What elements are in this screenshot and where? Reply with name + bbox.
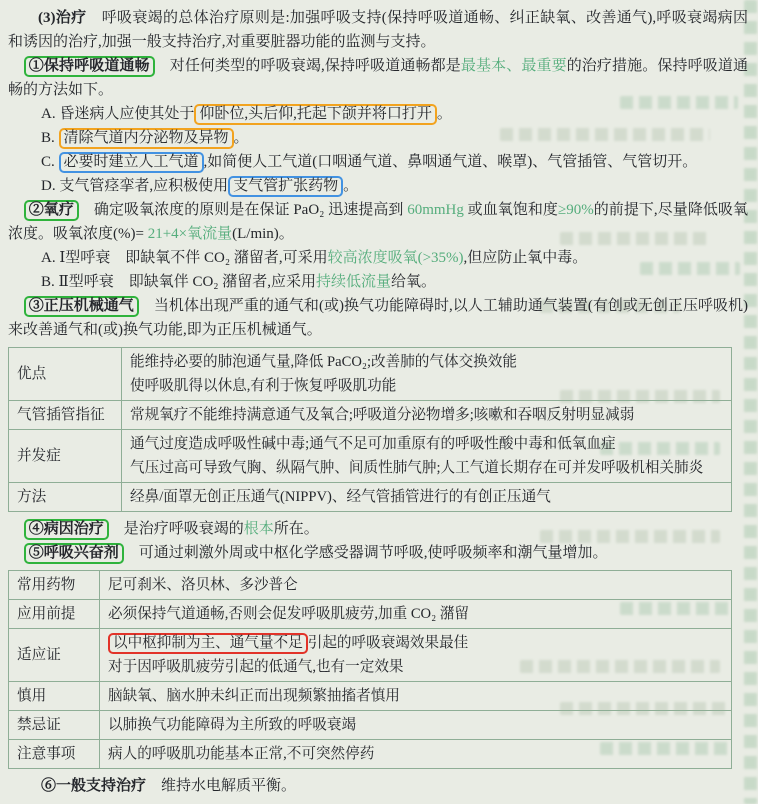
text-segment: 通气过度造成呼吸性碱中毒;通气不足可加重原有的呼吸性酸中毒和低氧血症: [130, 436, 616, 452]
cell-line: 常规氧疗不能维持满意通气及氧合;呼吸道分泌物增多;咳嗽和吞咽反射明显减弱: [130, 403, 723, 427]
para-positive-pressure-ventilation: ③正压机械通气 当机体出现严重的通气和(或)换气功能障碍时,以人工辅助通气装置(…: [8, 294, 748, 342]
text-segment: ,如简便人工气道(口咽通气道、鼻咽通气道、喉罩)、气管插管、气管切开。: [204, 154, 698, 170]
annotation-box-green: ④病因治疗: [24, 519, 109, 540]
table-row: 禁忌证以肺换气功能障碍为主所致的呼吸衰竭: [9, 711, 732, 740]
text-segment: 。: [343, 178, 358, 194]
text-segment: D. 支气管痉挛者,应积极使用: [41, 178, 228, 194]
table-row: 优点能维持必要的肺泡通气量,降低 PaCO₂;改善肺的气体交换效能使呼吸肌得以休…: [9, 348, 732, 401]
annotation-box-blue: 必要时建立人工气道: [59, 152, 204, 173]
row-label: 方法: [9, 483, 122, 512]
text-segment: 最基本、最重要: [461, 58, 567, 74]
item-type1-failure: A. Ⅰ型呼衰 即缺氧不伴 CO₂ 潴留者,可采用较高浓度吸氧(>35%),但应…: [8, 246, 748, 270]
row-content: 尼可刹米、洛贝林、多沙普仑: [100, 571, 732, 600]
page-content: (3)治疗 呼吸衰竭的总体治疗原则是:加强呼吸支持(保持呼吸道通畅、纠正缺氧、改…: [0, 0, 756, 798]
cell-line: 脑缺氧、脑水肿未纠正而出现频繁抽搐者慎用: [108, 684, 723, 708]
table-row: 适应证以中枢抑制为主、通气量不足引起的呼吸衰竭效果最佳对于因呼吸肌疲劳引起的低通…: [9, 629, 732, 682]
annotation-box-green: ②氧疗: [24, 200, 79, 221]
table-row: 应用前提必须保持气道通畅,否则会促发呼吸肌疲劳,加重 CO₂ 潴留: [9, 600, 732, 629]
row-content: 通气过度造成呼吸性碱中毒;通气不足可加重原有的呼吸性酸中毒和低氧血症气压过高可导…: [122, 430, 732, 483]
table-row: 注意事项病人的呼吸肌功能基本正常,不可突然停药: [9, 740, 732, 769]
text-segment: 引起的呼吸衰竭效果最佳: [308, 635, 469, 651]
para-airway-patency: ①保持呼吸道通畅 对任何类型的呼吸衰竭,保持呼吸道通畅都是最基本、最重要的治疗措…: [8, 54, 748, 102]
text-segment: 。: [437, 106, 452, 122]
text-segment: A. Ⅰ型呼衰 即缺氧不伴 CO₂ 潴留者,可采用: [41, 250, 328, 266]
text-segment: 确定吸氧浓度的原则是在保证 PaO₂ 迅速提高到: [79, 202, 407, 218]
text-segment: 。: [234, 130, 249, 146]
para-respiratory-stimulant: ⑤呼吸兴奋剂 可通过刺激外周或中枢化学感受器调节呼吸,使呼吸频率和潮气量增加。: [8, 541, 748, 565]
row-label: 气管插管指征: [9, 401, 122, 430]
para-treatment-overview: (3)治疗 呼吸衰竭的总体治疗原则是:加强呼吸支持(保持呼吸道通畅、纠正缺氧、改…: [8, 6, 748, 54]
ventilation-table: 优点能维持必要的肺泡通气量,降低 PaCO₂;改善肺的气体交换效能使呼吸肌得以休…: [8, 347, 732, 512]
text-segment: 使呼吸肌得以休息,有利于恢复呼吸肌功能: [130, 378, 396, 394]
row-content: 必须保持气道通畅,否则会促发呼吸肌疲劳,加重 CO₂ 潴留: [100, 600, 732, 629]
text-segment: B.: [41, 130, 59, 146]
text-segment: 必须保持气道通畅,否则会促发呼吸肌疲劳,加重 CO₂ 潴留: [108, 606, 469, 622]
text-segment: C.: [41, 154, 59, 170]
text-segment: 能维持必要的肺泡通气量,降低 PaCO₂;改善肺的气体交换效能: [130, 354, 517, 370]
row-content: 能维持必要的肺泡通气量,降低 PaCO₂;改善肺的气体交换效能使呼吸肌得以休息,…: [122, 348, 732, 401]
text-segment: 经鼻/面罩无创正压通气(NIPPV)、经气管插管进行的有创正压通气: [130, 489, 551, 505]
annotation-box-green: ①保持呼吸道通畅: [24, 56, 155, 77]
cell-line: 以中枢抑制为主、通气量不足引起的呼吸衰竭效果最佳: [108, 631, 723, 655]
para-general-support: ⑥一般支持治疗 维持水电解质平衡。: [8, 774, 748, 798]
text-segment: 是治疗呼吸衰竭的: [109, 521, 244, 537]
row-content: 以肺换气功能障碍为主所致的呼吸衰竭: [100, 711, 732, 740]
row-label: 优点: [9, 348, 122, 401]
cell-line: 以肺换气功能障碍为主所致的呼吸衰竭: [108, 713, 723, 737]
text-segment: 以肺换气功能障碍为主所致的呼吸衰竭: [108, 717, 356, 733]
table-row: 慎用脑缺氧、脑水肿未纠正而出现频繁抽搐者慎用: [9, 682, 732, 711]
text-segment: 气压过高可导致气胸、纵隔气肿、间质性肺气肿;人工气道长期存在可并发呼吸机相关肺炎: [130, 460, 703, 476]
cell-line: 使呼吸肌得以休息,有利于恢复呼吸肌功能: [130, 374, 723, 398]
cell-line: 气压过高可导致气胸、纵隔气肿、间质性肺气肿;人工气道长期存在可并发呼吸机相关肺炎: [130, 456, 723, 480]
cell-line: 病人的呼吸肌功能基本正常,不可突然停药: [108, 742, 723, 766]
text-segment: 或血氧饱和度: [464, 202, 558, 218]
cell-line: 能维持必要的肺泡通气量,降低 PaCO₂;改善肺的气体交换效能: [130, 350, 723, 374]
item-b-clear-secretions: B. 清除气道内分泌物及异物。: [8, 126, 748, 150]
annotation-box-blue: 支气管扩张药物: [228, 176, 343, 197]
row-label: 并发症: [9, 430, 122, 483]
stimulant-table: 常用药物尼可刹米、洛贝林、多沙普仑应用前提必须保持气道通畅,否则会促发呼吸肌疲劳…: [8, 570, 732, 769]
cell-line: 经鼻/面罩无创正压通气(NIPPV)、经气管插管进行的有创正压通气: [130, 485, 723, 509]
annotation-box-orange: 仰卧位,头后仰,托起下颌并将口打开: [194, 104, 437, 125]
text-segment: 对于因呼吸肌疲劳引起的低通气,也有一定效果: [108, 659, 404, 675]
cell-line: 通气过度造成呼吸性碱中毒;通气不足可加重原有的呼吸性酸中毒和低氧血症: [130, 432, 723, 456]
text-segment: 常规氧疗不能维持满意通气及氧合;呼吸道分泌物增多;咳嗽和吞咽反射明显减弱: [130, 407, 634, 423]
text-segment: 所在。: [274, 521, 319, 537]
row-label: 适应证: [9, 629, 100, 682]
row-content: 经鼻/面罩无创正压通气(NIPPV)、经气管插管进行的有创正压通气: [122, 483, 732, 512]
row-content: 以中枢抑制为主、通气量不足引起的呼吸衰竭效果最佳对于因呼吸肌疲劳引起的低通气,也…: [100, 629, 732, 682]
cell-line: 尼可刹米、洛贝林、多沙普仑: [108, 573, 723, 597]
text-segment: 对任何类型的呼吸衰竭,保持呼吸道通畅都是: [155, 58, 461, 74]
annotation-box-orange: 清除气道内分泌物及异物: [59, 128, 234, 149]
row-label: 禁忌证: [9, 711, 100, 740]
text-segment: 呼吸衰竭的总体治疗原则是:加强呼吸支持(保持呼吸道通畅、纠正缺氧、改善通气),呼…: [8, 10, 748, 50]
para-oxygen-therapy: ②氧疗 确定吸氧浓度的原则是在保证 PaO₂ 迅速提高到 60mmHg 或血氧饱…: [8, 198, 748, 246]
text-segment: 60mmHg: [407, 202, 464, 218]
text-segment: 较高浓度吸氧(>35%): [328, 250, 464, 266]
row-label: 慎用: [9, 682, 100, 711]
row-label: 注意事项: [9, 740, 100, 769]
para-etiology-treatment: ④病因治疗 是治疗呼吸衰竭的根本所在。: [8, 517, 748, 541]
row-content: 脑缺氧、脑水肿未纠正而出现频繁抽搐者慎用: [100, 682, 732, 711]
text-segment: ≥90%: [558, 202, 594, 218]
annotation-box-red: 以中枢抑制为主、通气量不足: [108, 633, 308, 654]
text-segment: 维持水电解质平衡。: [146, 778, 296, 794]
row-label: 应用前提: [9, 600, 100, 629]
row-content: 病人的呼吸肌功能基本正常,不可突然停药: [100, 740, 732, 769]
item-a-coma-position: A. 昏迷病人应使其处于仰卧位,头后仰,托起下颌并将口打开。: [8, 102, 748, 126]
item-type2-failure: B. Ⅱ型呼衰 即缺氧伴 CO₂ 潴留者,应采用持续低流量给氧。: [8, 270, 748, 294]
text-segment: 可通过刺激外周或中枢化学感受器调节呼吸,使呼吸频率和潮气量增加。: [124, 545, 608, 561]
cell-line: 必须保持气道通畅,否则会促发呼吸肌疲劳,加重 CO₂ 潴留: [108, 602, 723, 626]
cell-line: 对于因呼吸肌疲劳引起的低通气,也有一定效果: [108, 655, 723, 679]
annotation-box-green: ③正压机械通气: [24, 296, 139, 317]
text-segment: (L/min)。: [232, 226, 294, 242]
table-row: 气管插管指征常规氧疗不能维持满意通气及氧合;呼吸道分泌物增多;咳嗽和吞咽反射明显…: [9, 401, 732, 430]
item-d-bronchodilator: D. 支气管痉挛者,应积极使用支气管扩张药物。: [8, 174, 748, 198]
text-segment: (3)治疗: [38, 10, 86, 26]
text-segment: ⑥一般支持治疗: [41, 778, 146, 794]
text-segment: 病人的呼吸肌功能基本正常,不可突然停药: [108, 746, 374, 762]
row-label: 常用药物: [9, 571, 100, 600]
table-row: 常用药物尼可刹米、洛贝林、多沙普仑: [9, 571, 732, 600]
text-segment: ,但应防止氧中毒。: [464, 250, 588, 266]
text-segment: B. Ⅱ型呼衰 即缺氧伴 CO₂ 潴留者,应采用: [41, 274, 316, 290]
table-row: 并发症通气过度造成呼吸性碱中毒;通气不足可加重原有的呼吸性酸中毒和低氧血症气压过…: [9, 430, 732, 483]
text-segment: 给氧。: [391, 274, 436, 290]
text-segment: 持续低流量: [316, 274, 391, 290]
text-segment: 脑缺氧、脑水肿未纠正而出现频繁抽搐者慎用: [108, 688, 400, 704]
row-content: 常规氧疗不能维持满意通气及氧合;呼吸道分泌物增多;咳嗽和吞咽反射明显减弱: [122, 401, 732, 430]
text-segment: A. 昏迷病人应使其处于: [41, 106, 194, 122]
item-c-artificial-airway: C. 必要时建立人工气道,如简便人工气道(口咽通气道、鼻咽通气道、喉罩)、气管插…: [8, 150, 748, 174]
text-segment: 根本: [244, 521, 274, 537]
annotation-box-green: ⑤呼吸兴奋剂: [24, 543, 124, 564]
text-segment: 21+4×氧流量: [148, 226, 232, 242]
text-segment: 尼可刹米、洛贝林、多沙普仑: [108, 577, 298, 593]
table-row: 方法经鼻/面罩无创正压通气(NIPPV)、经气管插管进行的有创正压通气: [9, 483, 732, 512]
